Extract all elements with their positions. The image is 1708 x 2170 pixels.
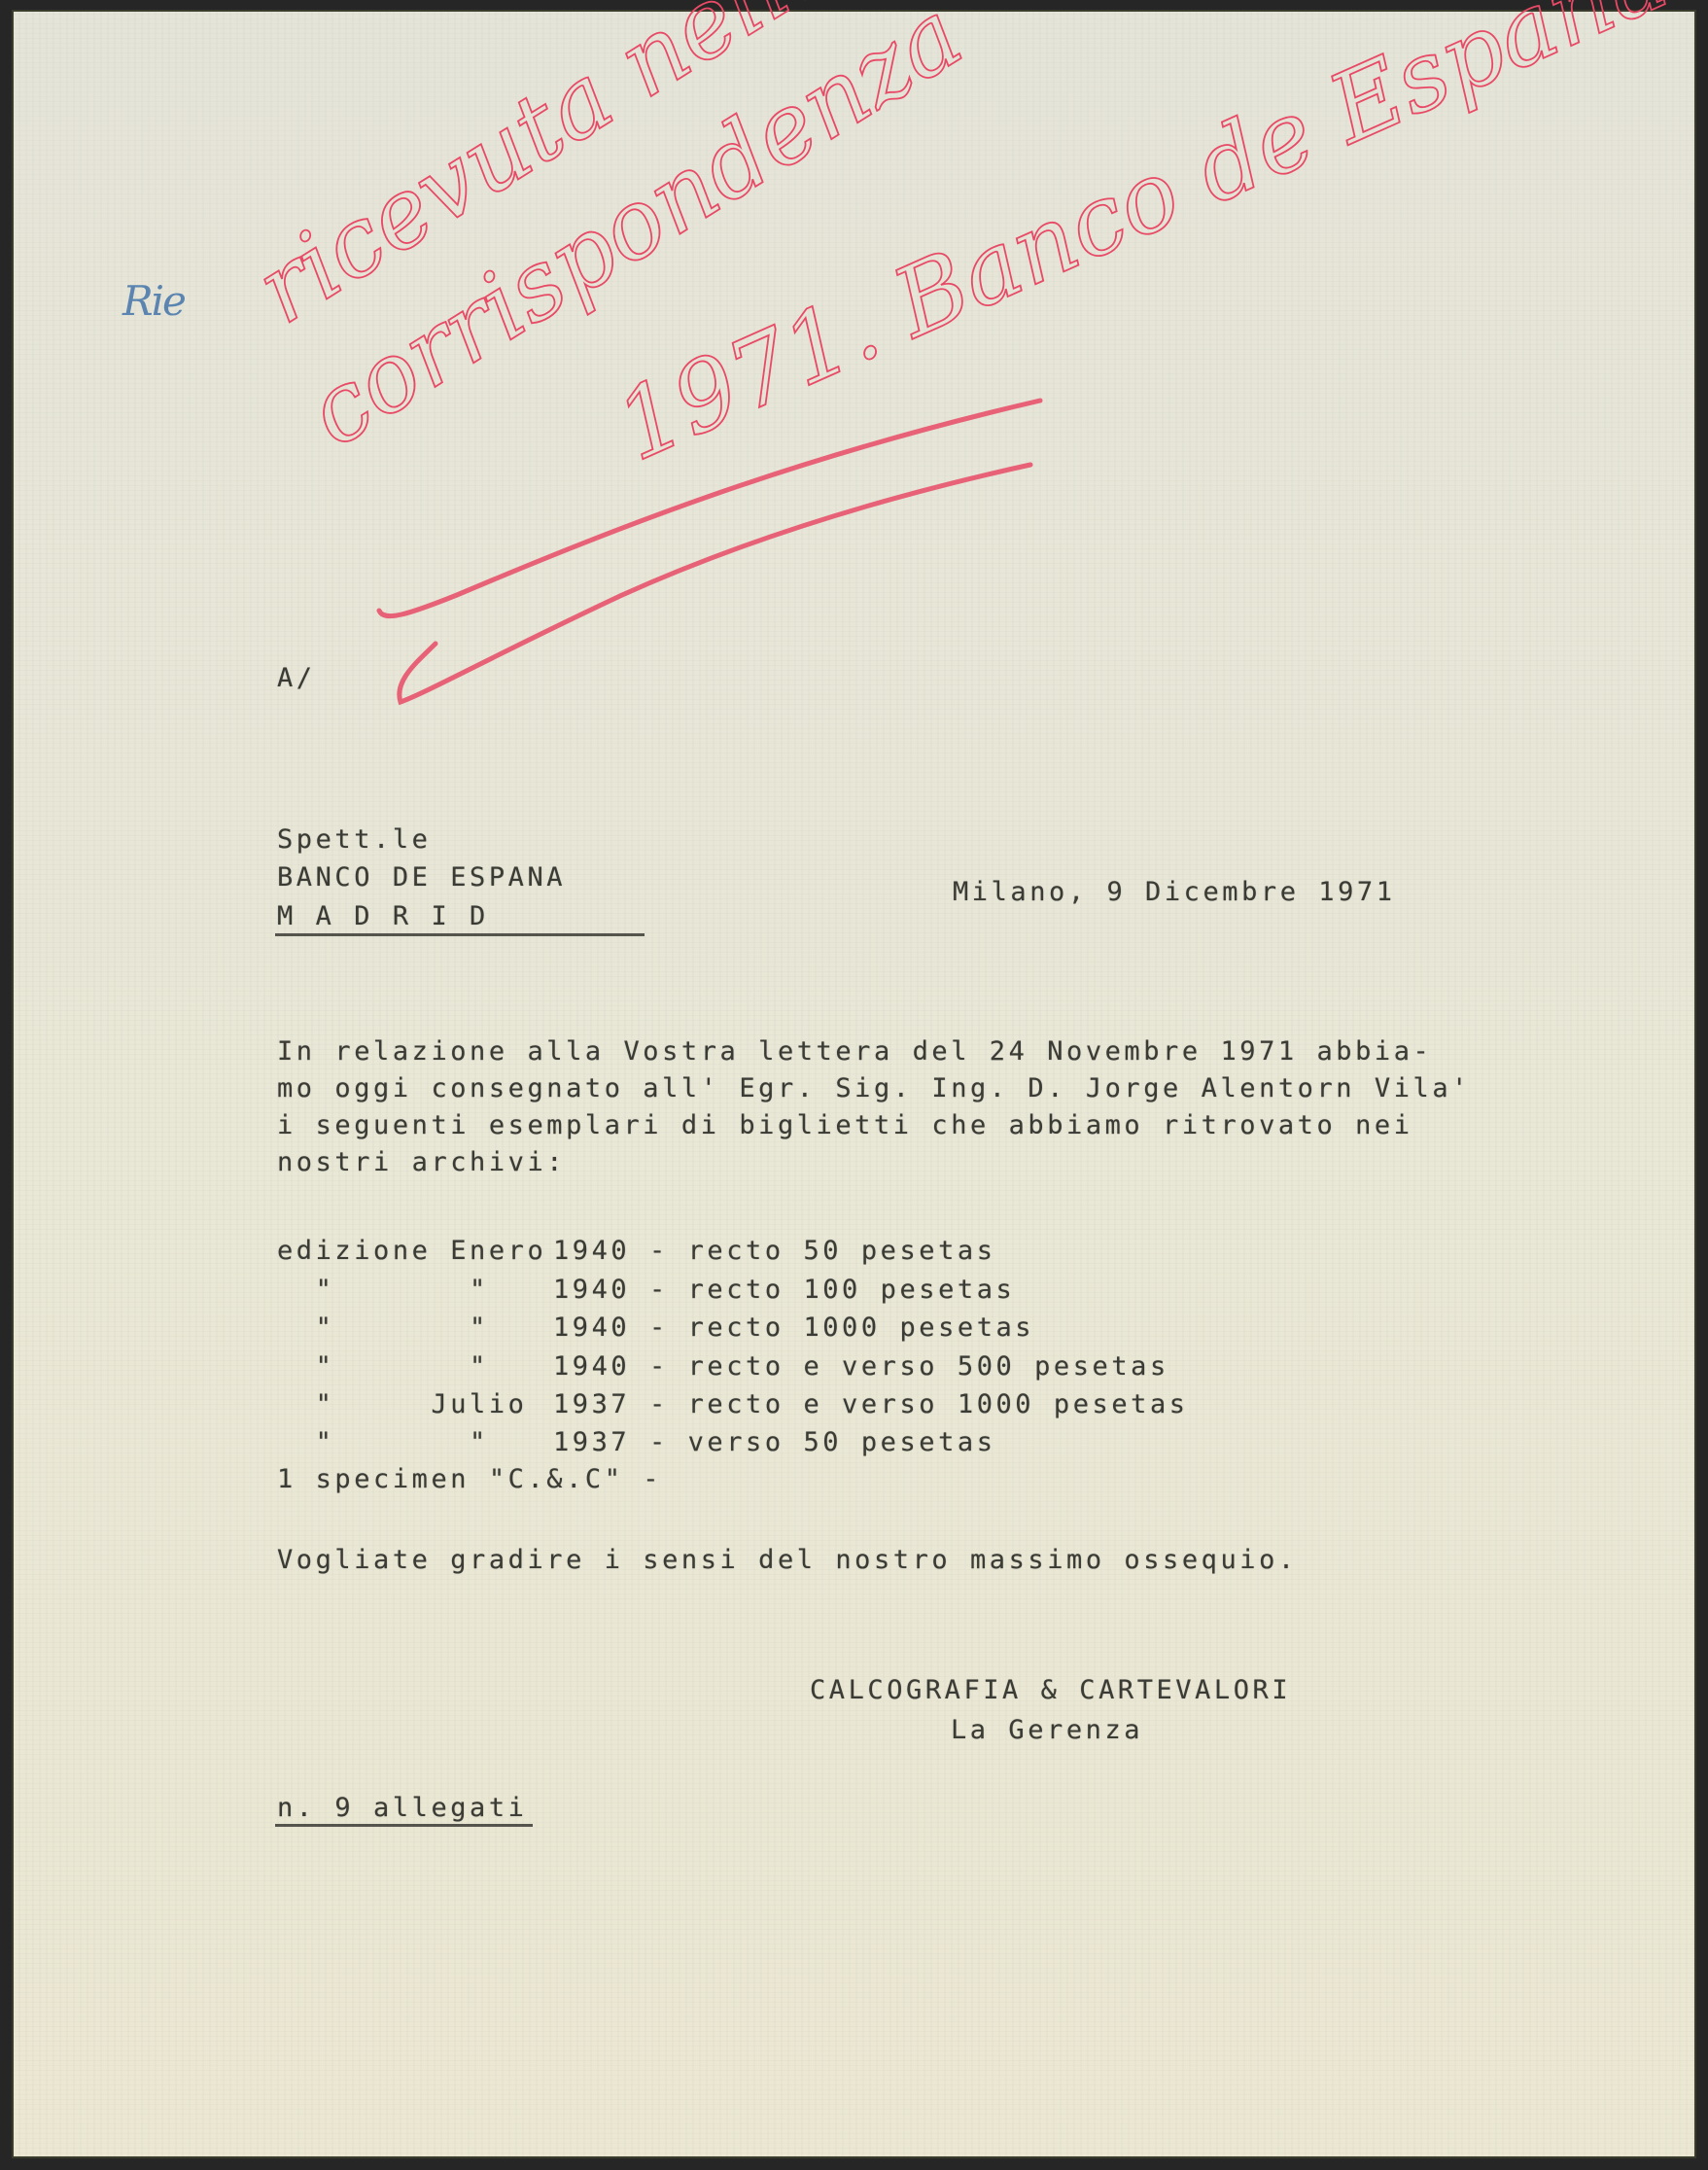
list-item-edition: edizione Enero (277, 1237, 546, 1266)
signature-company: CALCOGRAFIA & CARTEVALORI (810, 1676, 1291, 1705)
list-item-description: - recto e verso 500 pesetas (649, 1352, 1169, 1382)
red-arrow-stroke-lower (400, 465, 1030, 702)
body-line-1: In relazione alla Vostra lettera del 24 … (277, 1037, 1432, 1067)
enclosures-note: n. 9 allegati (277, 1794, 527, 1823)
list-item-description: - recto e verso 1000 pesetas (649, 1390, 1189, 1419)
list-item-year: 1940 (553, 1313, 630, 1343)
list-item-edition: " " (277, 1352, 489, 1382)
recipient-city: M A D R I D (277, 902, 489, 931)
list-item-description: - recto 100 pesetas (649, 1276, 1015, 1305)
list-item-description: - recto 50 pesetas (649, 1237, 996, 1266)
list-item-description: - recto 1000 pesetas (649, 1313, 1034, 1343)
list-item-year: 1937 (553, 1428, 630, 1457)
red-note-line3: 1971. Banco de España (601, 0, 1682, 483)
addressee-prefix: A/ (277, 664, 316, 693)
list-item-year: 1940 (553, 1276, 630, 1305)
list-item-year: 1940 (553, 1237, 630, 1266)
closing-line: Vogliate gradire i sensi del nostro mass… (277, 1546, 1298, 1575)
list-item-edition: " " (277, 1313, 489, 1343)
list-item-edition: " " (277, 1276, 489, 1305)
body-line-3: i seguenti esemplari di biglietti che ab… (277, 1111, 1413, 1140)
recipient-salutation: Spett.le (277, 825, 431, 855)
specimen-line: 1 specimen "C.&.C" - (277, 1465, 662, 1494)
recipient-name: BANCO DE ESPANA (277, 863, 566, 892)
list-item-description: - verso 50 pesetas (649, 1428, 996, 1457)
enclosures-underline (275, 1824, 533, 1827)
list-item-year: 1937 (553, 1390, 630, 1419)
body-line-2: mo oggi consegnato all' Egr. Sig. Ing. D… (277, 1074, 1471, 1103)
list-item-year: 1940 (553, 1352, 630, 1382)
list-item-edition: " Julio (277, 1390, 527, 1419)
signature-title: La Gerenza (951, 1716, 1143, 1745)
list-item-edition: " " (277, 1428, 489, 1457)
letter-date: Milano, 9 Dicembre 1971 (953, 878, 1396, 907)
recipient-city-underline (275, 933, 645, 936)
body-line-4: nostri archivi: (277, 1148, 566, 1177)
